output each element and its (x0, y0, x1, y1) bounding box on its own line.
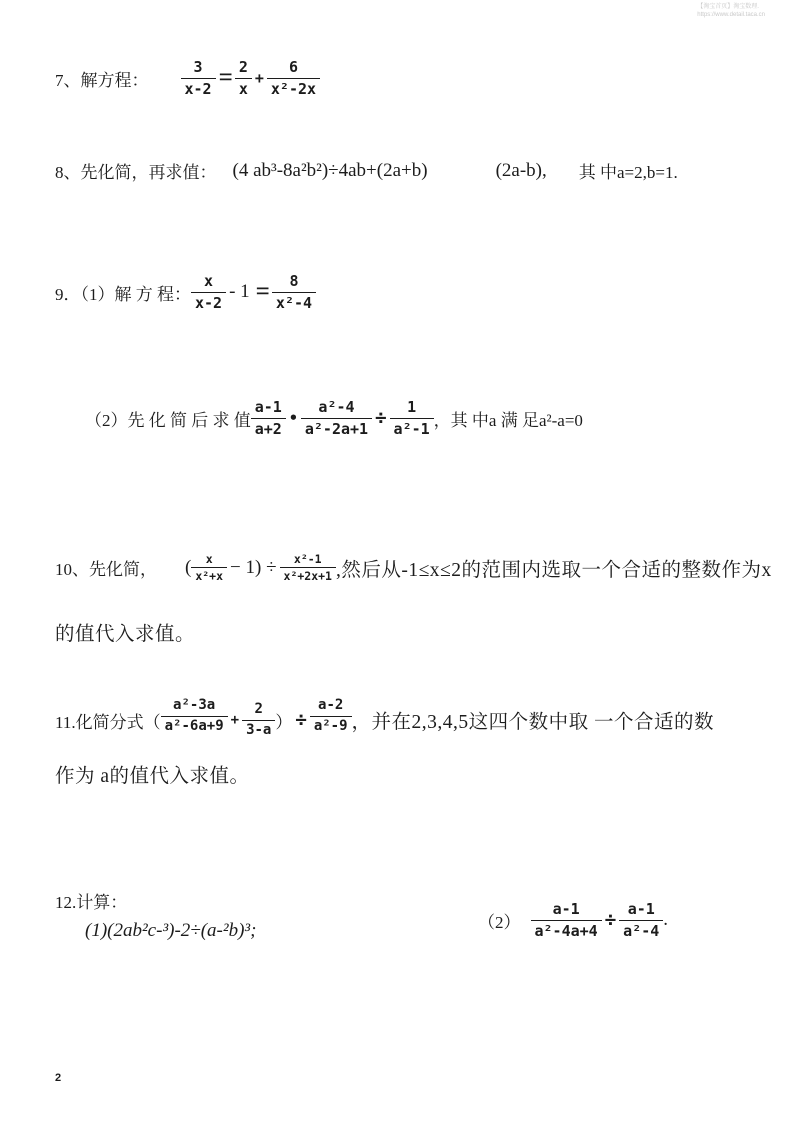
fraction-denominator: a²-4 (619, 920, 663, 941)
fraction: x²-1 x²+2x+1 (280, 552, 336, 584)
watermark-line1: 【淘宝首页】淘宝数理. (697, 4, 765, 12)
fraction: a-2 a²-9 (310, 697, 352, 735)
fraction-denominator: x²+2x+1 (280, 567, 336, 583)
divide-sign: ÷ (292, 709, 309, 731)
fraction: a-1 a²-4 (619, 900, 663, 941)
fraction-numerator: 2 (235, 58, 252, 78)
fraction-denominator: x²+x (191, 567, 227, 583)
close-paren: ） (275, 708, 292, 733)
fraction-denominator: x-2 (181, 78, 216, 99)
problem-12-label: 12.计算： (55, 888, 127, 913)
fraction-denominator: a²-2a+1 (301, 418, 372, 439)
problem-7-label: 7、解方程： (55, 66, 149, 91)
problem-11-text: ，并在2,3,4,5这四个数中取 一个合适的数 (352, 706, 715, 734)
problem-8-expression2: (2a-b), (496, 160, 547, 182)
multiply-dot: • (286, 409, 301, 427)
problem-8-condition: 其 中a=2,b=1. (579, 158, 678, 183)
fraction: a²-3a a²-6a+9 (161, 697, 228, 735)
problem-10-line2: 的值代入求值。 (55, 618, 195, 646)
fraction-denominator: x-2 (191, 292, 226, 313)
problem-8-label: 8、先化简，再求值： (55, 158, 217, 183)
fraction-denominator: a²-6a+9 (161, 716, 228, 736)
fraction: 8 x²-4 (272, 272, 316, 313)
equals-sign: = (253, 278, 272, 306)
watermark-line2: https://www.detail.taca.cn (697, 12, 765, 20)
fraction-numerator: a-1 (251, 398, 286, 418)
problem-9-2: （2）先 化 简 后 求 值 a-1 a+2 • a²-4 a²-2a+1 ÷ … (85, 398, 583, 439)
fraction: 1 a²-1 (390, 398, 434, 439)
problem-8: 8、先化简，再求值： (4 ab³-8a²b²)÷4ab+(2a+b) (2a-… (55, 158, 678, 183)
problem-12-item1: (1)(2ab²c-³)-2÷(a-²b)³; (85, 920, 256, 942)
fraction-numerator: x (191, 552, 227, 567)
problem-9-1: 9．（1）解 方 程： x x-2 - 1 = 8 x²-4 (55, 272, 316, 313)
problem-7: 7、解方程： 3 x-2 = 2 x + 6 x²-2x (55, 58, 320, 99)
fraction: 6 x²-2x (267, 58, 320, 99)
fraction-numerator: a²-4 (301, 398, 372, 418)
problem-12: 12.计算： (55, 888, 127, 913)
equals-sign: = (216, 64, 235, 92)
problem-9-2-label: （2）先 化 简 后 求 值 (85, 406, 251, 431)
fraction-numerator: 3 (181, 58, 216, 78)
fraction-numerator: a-1 (531, 900, 602, 920)
fraction-denominator: x (235, 78, 252, 99)
period: . (663, 909, 668, 931)
fraction: x x-2 (191, 272, 226, 313)
plus-sign: + (252, 69, 267, 87)
fraction-numerator: 2 (242, 701, 275, 720)
fraction: a-1 a²-4a+4 (531, 900, 602, 941)
fraction-numerator: 1 (390, 398, 434, 418)
problem-12-item2: （2） a-1 a²-4a+4 ÷ a-1 a²-4 . (478, 900, 668, 941)
problem-9-1-label: 9．（1）解 方 程： (55, 280, 191, 305)
page-number: 2 (55, 1072, 61, 1084)
fraction-denominator: x²-4 (272, 292, 316, 313)
minus-one: - 1 (226, 281, 253, 303)
divide-sign: ÷ (372, 407, 389, 429)
problem-9-2-condition: ，其 中a 满 足a²-a=0 (434, 406, 583, 431)
fraction-numerator: x (191, 272, 226, 292)
fraction-denominator: a+2 (251, 418, 286, 439)
fraction: 3 x-2 (181, 58, 216, 99)
fraction-numerator: a-1 (619, 900, 663, 920)
worksheet-page: 【淘宝首页】淘宝数理. https://www.detail.taca.cn 7… (0, 0, 793, 1122)
fraction-denominator: a²-9 (310, 716, 352, 736)
problem-11-text2: 作为 a的值代入求值。 (55, 760, 250, 788)
problem-11-label: 11.化简分式 (55, 708, 144, 733)
problem-10-text: ,然后从-1≤x≤2的范围内选取一个合适的整数作为x (336, 554, 772, 582)
fraction-numerator: 6 (267, 58, 320, 78)
open-paren: （ (144, 708, 161, 733)
plus-sign: + (228, 712, 242, 728)
problem-8-expression: (4 ab³-8a²b²)÷4ab+(2a+b) (233, 160, 428, 182)
fraction-denominator: x²-2x (267, 78, 320, 99)
divide-sign: ÷ (602, 909, 619, 931)
fraction: a²-4 a²-2a+1 (301, 398, 372, 439)
fraction-denominator: a²-1 (390, 418, 434, 439)
fraction-numerator: a²-3a (161, 697, 228, 716)
fraction: x x²+x (191, 552, 227, 584)
fraction-numerator: a-2 (310, 697, 352, 716)
fraction-denominator: 3-a (242, 720, 275, 740)
problem-10: 10、先化简， ( x x²+x − 1) ÷ x²-1 x²+2x+1 ,然后… (55, 552, 772, 584)
problem-10-text2: 的值代入求值。 (55, 618, 195, 646)
problem-10-label: 10、先化简， (55, 555, 157, 580)
problem-12-item2-label: （2） (478, 908, 521, 933)
problem-12-expression1: (1)(2ab²c-³)-2÷(a-²b)³; (85, 920, 256, 942)
problem-11-line2: 作为 a的值代入求值。 (55, 760, 250, 788)
fraction-numerator: 8 (272, 272, 316, 292)
fraction: 2 x (235, 58, 252, 99)
problem-11: 11.化简分式 （ a²-3a a²-6a+9 + 2 3-a ） ÷ a-2 … (55, 684, 714, 756)
fraction-numerator: x²-1 (280, 552, 336, 567)
fraction: 2 3-a (242, 701, 275, 739)
minus-one-close-divide: − 1) ÷ (227, 557, 279, 579)
fraction-denominator: a²-4a+4 (531, 920, 602, 941)
fraction: a-1 a+2 (251, 398, 286, 439)
watermark: 【淘宝首页】淘宝数理. https://www.detail.taca.cn (697, 4, 765, 20)
